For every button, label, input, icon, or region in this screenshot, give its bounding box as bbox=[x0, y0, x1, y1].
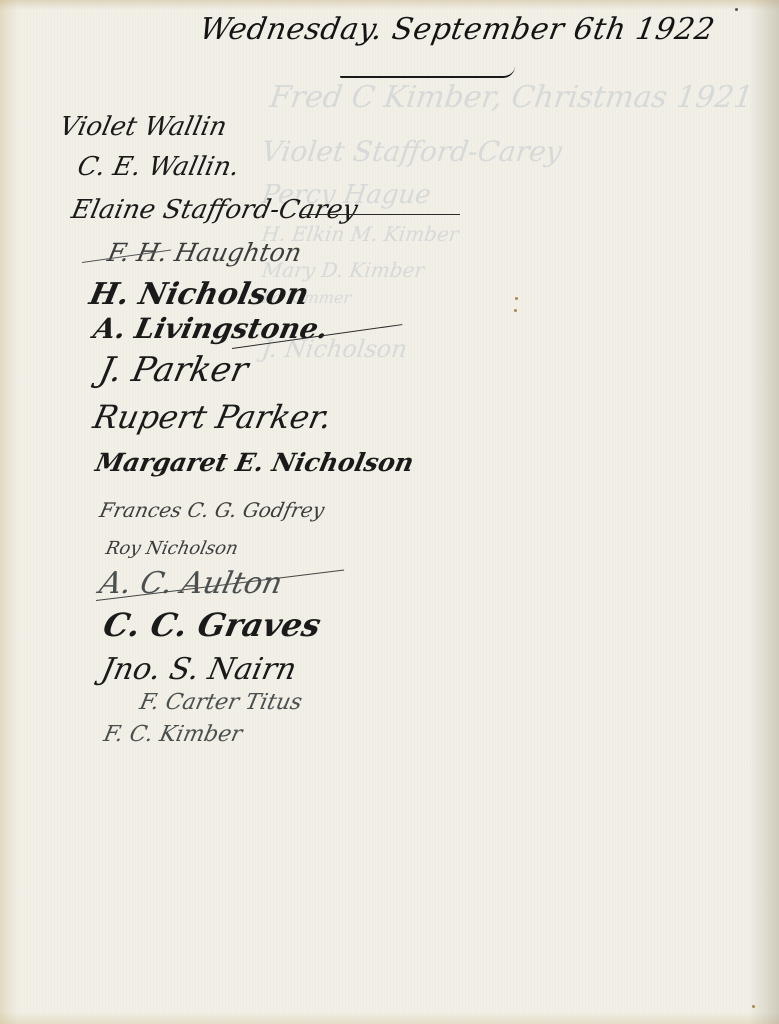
signature: H. Nicholson bbox=[86, 277, 312, 312]
signature: Violet Wallin bbox=[57, 112, 230, 142]
foxing-spot bbox=[515, 297, 518, 300]
signature: Frances C. G. Godfrey bbox=[97, 498, 326, 522]
signature: F. Carter Titus bbox=[137, 690, 304, 715]
guest-book-page: Fred C Kimber, Christmas 1921 Violet Sta… bbox=[0, 0, 779, 1024]
signature: C. C. Graves bbox=[100, 606, 324, 644]
signature: A. C. Aulton bbox=[96, 566, 285, 601]
signature: J. Parker bbox=[96, 350, 252, 390]
signature-flourish bbox=[300, 214, 460, 215]
foxing-spot bbox=[514, 309, 517, 312]
foxing-spot bbox=[752, 1005, 755, 1008]
foxing-spot bbox=[735, 8, 738, 11]
signature: Margaret E. Nicholson bbox=[93, 448, 417, 477]
show-through-line: Fred C Kimber, Christmas 1921 bbox=[268, 80, 756, 115]
signature: Jno. S. Nairn bbox=[98, 652, 299, 687]
signature: F. C. Kimber bbox=[101, 722, 244, 747]
page-date-heading: Wednesday. September 6th 1922 bbox=[197, 12, 718, 47]
heading-flourish bbox=[340, 66, 515, 78]
signature: Elaine Stafford-Carey bbox=[69, 195, 360, 225]
show-through-line: Violet Stafford-Carey bbox=[260, 135, 564, 168]
signature: Roy Nicholson bbox=[104, 538, 240, 559]
signature: C. E. Wallin. bbox=[75, 152, 242, 182]
signature: F. H. Haughton bbox=[105, 238, 304, 267]
signature: Rupert Parker. bbox=[90, 398, 335, 436]
